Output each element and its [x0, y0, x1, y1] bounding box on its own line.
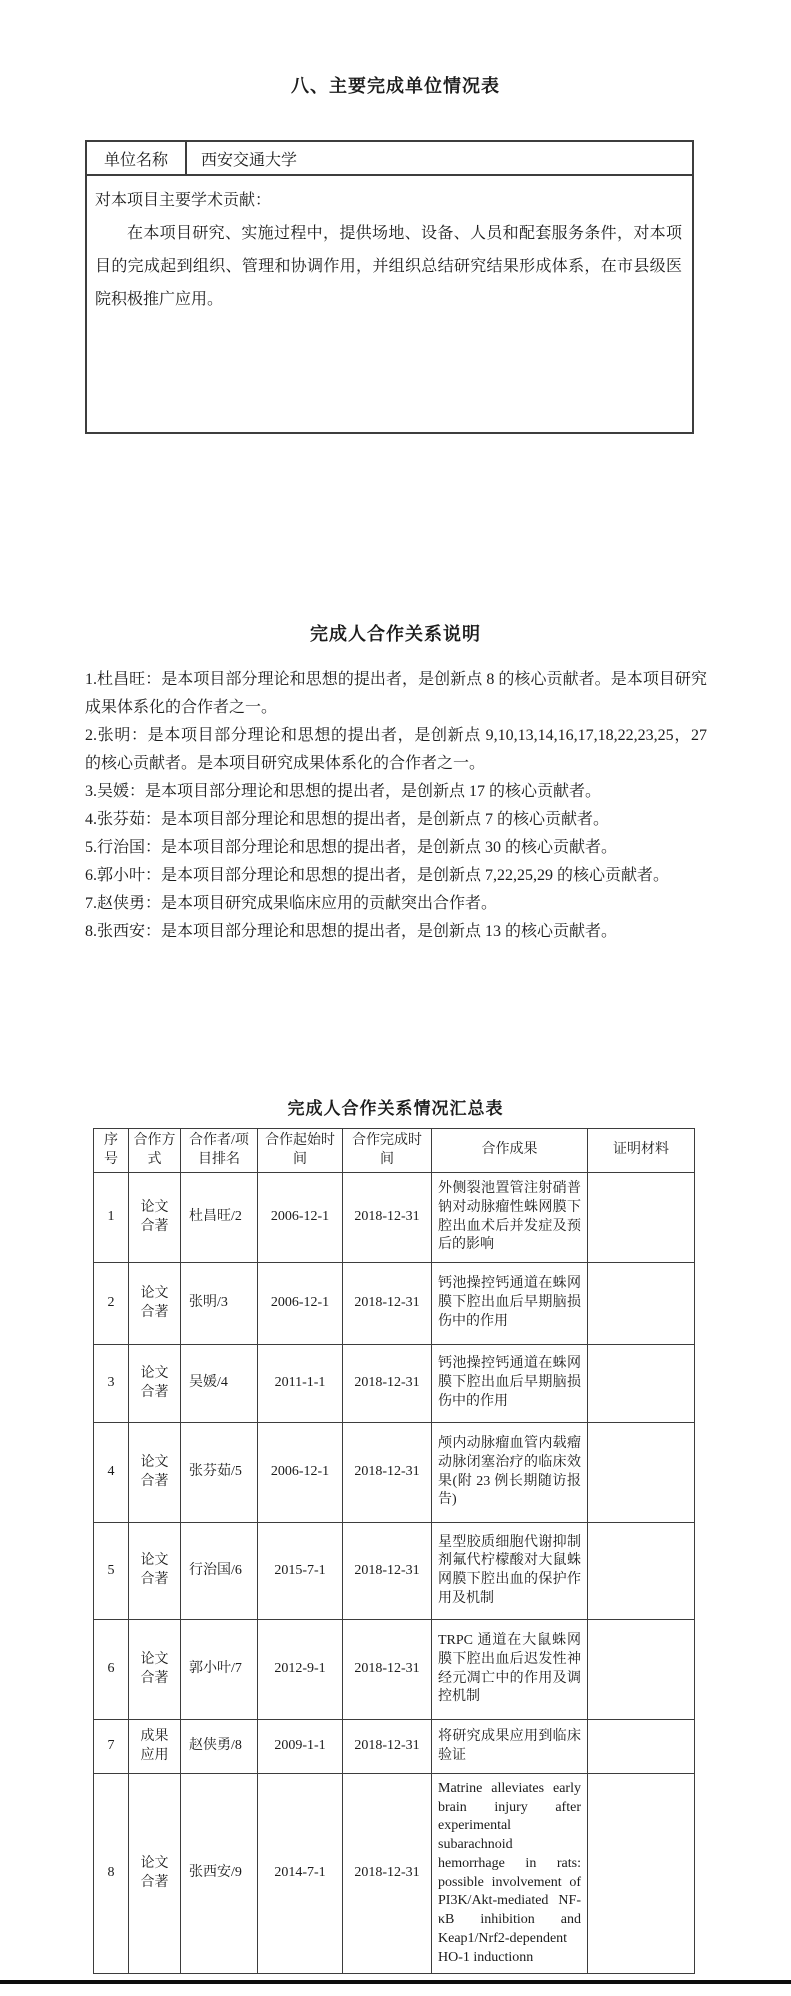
contribution-row: 对本项目主要学术贡献： 在本项目研究、实施过程中，提供场地、设备、人员和配套服务…: [86, 175, 693, 433]
cell-end-time: 2018-12-31: [343, 1620, 432, 1720]
header-start-time: 合作起始时间: [258, 1129, 343, 1173]
cell-method: 论文合著: [129, 1173, 181, 1263]
cell-result: 钙池操控钙通道在蛛网膜下腔出血后早期脑损伤中的作用: [432, 1345, 588, 1423]
section-title-cooperation-summary: 完成人合作关系情况汇总表: [0, 1094, 791, 1119]
cell-no: 6: [94, 1620, 129, 1720]
table-row: 1 论文合著 杜昌旺/2 2006-12-1 2018-12-31 外侧裂池置管…: [94, 1173, 695, 1263]
cell-end-time: 2018-12-31: [343, 1345, 432, 1423]
list-item: 7.赵侠勇：是本项目研究成果临床应用的贡献突出合作者。: [85, 890, 707, 918]
table-row: 6 论文合著 郭小叶/7 2012-9-1 2018-12-31 TRPC 通道…: [94, 1620, 695, 1720]
cell-no: 5: [94, 1523, 129, 1620]
list-item: 2.张明：是本项目部分理论和思想的提出者，是创新点 9,10,13,14,16,…: [85, 722, 707, 778]
cell-start-time: 2015-7-1: [258, 1523, 343, 1620]
list-item: 6.郭小叶：是本项目部分理论和思想的提出者，是创新点 7,22,25,29 的核…: [85, 862, 707, 890]
cooperation-explanation-list: 1.杜昌旺：是本项目部分理论和思想的提出者，是创新点 8 的核心贡献者。是本项目…: [85, 666, 707, 946]
cell-start-time: 2012-9-1: [258, 1620, 343, 1720]
cell-no: 1: [94, 1173, 129, 1263]
cell-end-time: 2018-12-31: [343, 1720, 432, 1774]
cell-collaborator: 吴媛/4: [181, 1345, 258, 1423]
list-item: 3.吴媛：是本项目部分理论和思想的提出者，是创新点 17 的核心贡献者。: [85, 778, 707, 806]
cell-no: 8: [94, 1774, 129, 1974]
cell-collaborator: 行治国/6: [181, 1523, 258, 1620]
list-item: 5.行治国：是本项目部分理论和思想的提出者，是创新点 30 的核心贡献者。: [85, 834, 707, 862]
list-item: 1.杜昌旺：是本项目部分理论和思想的提出者，是创新点 8 的核心贡献者。是本项目…: [85, 666, 707, 722]
cell-collaborator: 张明/3: [181, 1263, 258, 1345]
cell-proof: [588, 1345, 695, 1423]
cell-collaborator: 杜昌旺/2: [181, 1173, 258, 1263]
table-row: 4 论文合著 张芬茹/5 2006-12-1 2018-12-31 颅内动脉瘤血…: [94, 1423, 695, 1523]
cell-result: 颅内动脉瘤血管内载瘤动脉闭塞治疗的临床效果(附 23 例长期随访报告): [432, 1423, 588, 1523]
contribution-label: 对本项目主要学术贡献：: [95, 184, 682, 217]
table-row: 3 论文合著 吴媛/4 2011-1-1 2018-12-31 钙池操控钙通道在…: [94, 1345, 695, 1423]
cooperation-summary-table: 序号 合作方式 合作者/项目排名 合作起始时间 合作完成时间 合作成果 证明材料…: [93, 1128, 695, 1974]
cell-method: 论文合著: [129, 1774, 181, 1974]
section-title-main-units: 八、主要完成单位情况表: [0, 0, 791, 98]
cell-proof: [588, 1523, 695, 1620]
cell-method: 论文合著: [129, 1523, 181, 1620]
contribution-text: 在本项目研究、实施过程中，提供场地、设备、人员和配套服务条件，对本项目的完成起到…: [95, 217, 682, 316]
document-page: 八、主要完成单位情况表 单位名称 西安交通大学 对本项目主要学术贡献： 在本项目…: [0, 0, 791, 1996]
cell-collaborator: 赵侠勇/8: [181, 1720, 258, 1774]
list-item: 4.张芬茹：是本项目部分理论和思想的提出者，是创新点 7 的核心贡献者。: [85, 806, 707, 834]
cell-start-time: 2006-12-1: [258, 1263, 343, 1345]
cell-result: 将研究成果应用到临床验证: [432, 1720, 588, 1774]
cell-end-time: 2018-12-31: [343, 1423, 432, 1523]
header-collaborator: 合作者/项目排名: [181, 1129, 258, 1173]
cell-start-time: 2014-7-1: [258, 1774, 343, 1974]
cell-end-time: 2018-12-31: [343, 1523, 432, 1620]
cell-method: 成果应用: [129, 1720, 181, 1774]
cell-end-time: 2018-12-31: [343, 1263, 432, 1345]
section-title-cooperation-explanation: 完成人合作关系说明: [0, 620, 791, 646]
cell-no: 2: [94, 1263, 129, 1345]
table-row: 7 成果应用 赵侠勇/8 2009-1-1 2018-12-31 将研究成果应用…: [94, 1720, 695, 1774]
cell-start-time: 2011-1-1: [258, 1345, 343, 1423]
header-result: 合作成果: [432, 1129, 588, 1173]
cell-end-time: 2018-12-31: [343, 1774, 432, 1974]
unit-name-row: 单位名称 西安交通大学: [86, 141, 693, 175]
unit-info-table: 单位名称 西安交通大学 对本项目主要学术贡献： 在本项目研究、实施过程中，提供场…: [85, 140, 694, 434]
cell-start-time: 2006-12-1: [258, 1423, 343, 1523]
cell-proof: [588, 1263, 695, 1345]
contribution-cell: 对本项目主要学术贡献： 在本项目研究、实施过程中，提供场地、设备、人员和配套服务…: [86, 175, 693, 433]
cell-no: 3: [94, 1345, 129, 1423]
page-bottom-rule: [0, 1980, 791, 1984]
cell-result: TRPC 通道在大鼠蛛网膜下腔出血后迟发性神经元凋亡中的作用及调控机制: [432, 1620, 588, 1720]
cell-start-time: 2009-1-1: [258, 1720, 343, 1774]
header-proof: 证明材料: [588, 1129, 695, 1173]
table-row: 5 论文合著 行治国/6 2015-7-1 2018-12-31 星型胶质细胞代…: [94, 1523, 695, 1620]
cell-start-time: 2006-12-1: [258, 1173, 343, 1263]
cell-method: 论文合著: [129, 1423, 181, 1523]
unit-name-value: 西安交通大学: [186, 141, 693, 175]
cell-proof: [588, 1774, 695, 1974]
cell-proof: [588, 1423, 695, 1523]
cell-proof: [588, 1620, 695, 1720]
cell-result: 星型胶质细胞代谢抑制剂氟代柠檬酸对大鼠蛛网膜下腔出血的保护作用及机制: [432, 1523, 588, 1620]
cell-no: 7: [94, 1720, 129, 1774]
cell-collaborator: 郭小叶/7: [181, 1620, 258, 1720]
cell-collaborator: 张芬茹/5: [181, 1423, 258, 1523]
header-no: 序号: [94, 1129, 129, 1173]
cell-result: Matrine alleviates early brain injury af…: [432, 1774, 588, 1974]
cell-result: 钙池操控钙通道在蛛网膜下腔出血后早期脑损伤中的作用: [432, 1263, 588, 1345]
cell-no: 4: [94, 1423, 129, 1523]
cell-method: 论文合著: [129, 1620, 181, 1720]
table-row: 8 论文合著 张西安/9 2014-7-1 2018-12-31 Matrine…: [94, 1774, 695, 1974]
header-row: 序号 合作方式 合作者/项目排名 合作起始时间 合作完成时间 合作成果 证明材料: [94, 1129, 695, 1173]
cell-method: 论文合著: [129, 1263, 181, 1345]
cell-end-time: 2018-12-31: [343, 1173, 432, 1263]
list-item: 8.张西安：是本项目部分理论和思想的提出者，是创新点 13 的核心贡献者。: [85, 918, 707, 946]
table-row: 2 论文合著 张明/3 2006-12-1 2018-12-31 钙池操控钙通道…: [94, 1263, 695, 1345]
cell-collaborator: 张西安/9: [181, 1774, 258, 1974]
cell-proof: [588, 1720, 695, 1774]
unit-name-label: 单位名称: [86, 141, 186, 175]
cell-method: 论文合著: [129, 1345, 181, 1423]
header-end-time: 合作完成时间: [343, 1129, 432, 1173]
header-method: 合作方式: [129, 1129, 181, 1173]
cell-result: 外侧裂池置管注射硝普钠对动脉瘤性蛛网膜下腔出血术后并发症及预后的影响: [432, 1173, 588, 1263]
cell-proof: [588, 1173, 695, 1263]
